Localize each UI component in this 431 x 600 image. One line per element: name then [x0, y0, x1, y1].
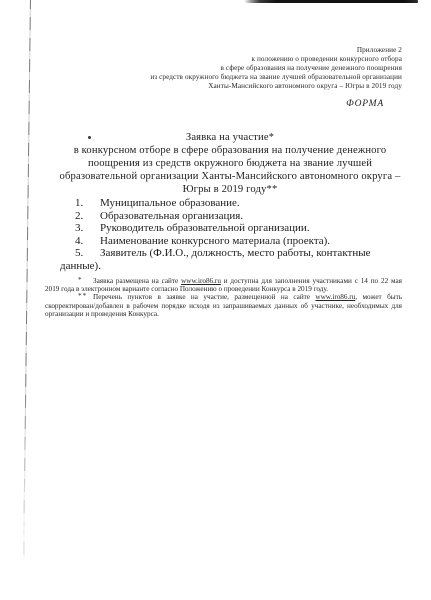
list-item-number: 3.	[75, 222, 100, 235]
form-label: ФОРМА	[346, 99, 384, 109]
title-line: Заявка на участие*	[30, 131, 430, 144]
list-item-number: 1.	[75, 197, 100, 210]
footnote-url: www.iro86.ru	[315, 293, 355, 301]
document-title: Заявка на участие* в конкурсном отборе в…	[30, 131, 430, 196]
numbered-list: 1.Муниципальное образование. 2.Образоват…	[60, 197, 408, 273]
title-line: Югры в 2019 году**	[30, 183, 430, 196]
list-item-text: Муниципальное образование.	[100, 197, 240, 209]
title-line: в конкурсном отборе в сфере образования …	[30, 144, 430, 157]
appendix-header: Приложение 2 к положению о проведении ко…	[90, 46, 402, 91]
list-item: 1.Муниципальное образование.	[60, 197, 408, 210]
scan-artifact-vertical-line	[23, 0, 31, 562]
footnote-text: Заявка размещена на сайте	[93, 277, 181, 285]
list-item-text: Руководитель образовательной организации…	[100, 222, 310, 234]
title-line: поощрения из средств окружного бюджета н…	[30, 157, 430, 170]
scan-artifact-top-bar	[244, 0, 418, 3]
list-item: 3.Руководитель образовательной организац…	[60, 222, 408, 235]
title-line: образовательной организации Ханты-Мансий…	[30, 170, 430, 183]
footnote-marker: **	[78, 292, 93, 300]
list-item-number: 2.	[75, 210, 100, 223]
footnote-marker: *	[78, 276, 93, 284]
footnote-text: Перечень пунктов в заявке на участие, ра…	[93, 293, 315, 301]
appendix-header-line: Приложение 2	[90, 46, 402, 55]
list-item: 4.Наименование конкурсного материала (пр…	[60, 235, 408, 248]
list-item-number: 4.	[75, 235, 100, 248]
list-item-number: 5.	[75, 247, 100, 260]
scanned-document-page: Приложение 2 к положению о проведении ко…	[0, 0, 431, 600]
list-item: 5.Заявитель (Ф.И.О., должность, место ра…	[60, 247, 408, 272]
list-item-text: Заявитель (Ф.И.О., должность, место рабо…	[60, 247, 370, 272]
footnotes-section: *Заявка размещена на сайте www.iro86.ru …	[45, 277, 402, 318]
footnote: *Заявка размещена на сайте www.iro86.ru …	[45, 277, 402, 293]
footnote: **Перечень пунктов в заявке на участие, …	[45, 293, 402, 318]
appendix-header-line: к положению о проведении конкурсного отб…	[90, 55, 402, 64]
appendix-header-line: в сфере образования на получение денежно…	[90, 64, 402, 73]
appendix-header-line: из средств окружного бюджета на звание л…	[90, 73, 402, 82]
list-item-text: Наименование конкурсного материала (прое…	[100, 235, 330, 247]
list-item-text: Образовательная организация.	[100, 210, 243, 222]
footnote-url: www.iro86.ru	[181, 277, 221, 285]
appendix-header-line: Ханты-Мансийского автономного округа – Ю…	[90, 82, 402, 91]
list-item: 2.Образовательная организация.	[60, 210, 408, 223]
